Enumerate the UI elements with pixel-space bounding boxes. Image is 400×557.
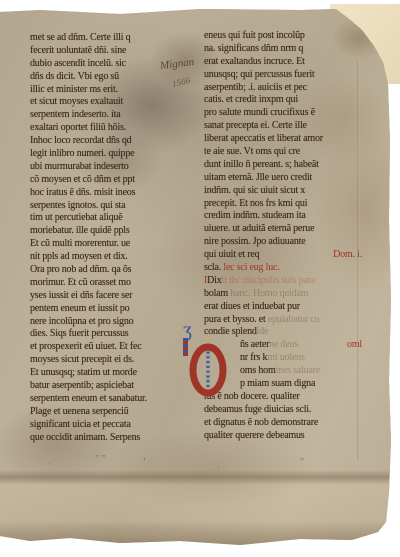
- manuscript-text-line: scla. lec sci eug luc.: [204, 262, 368, 275]
- text-segment: et prospexerit eũ uiuet. Et fec: [30, 341, 142, 354]
- text-segment: qui uiuit et req: [204, 249, 259, 262]
- manuscript-text-line: Plage et uenena serpenciũ: [30, 406, 202, 419]
- text-segment: Ora pro nob ad dñm. qa õs: [30, 264, 131, 277]
- text-segment: exaltari oportet filiũ hõis.: [30, 122, 126, 135]
- manuscript-text-line: credim indñm. studeam ita: [204, 210, 368, 223]
- pen-trial-mark: „: [300, 451, 304, 461]
- manuscript-text-line: condie splendide: [204, 326, 368, 339]
- text-segment: sanat precepta ei. Certe ille: [204, 120, 307, 133]
- text-segment: yses iussit ei dñs facere ser: [30, 290, 132, 303]
- text-segment: met se ad dñm. Certe illi q: [30, 32, 130, 45]
- manuscript-text-line: dñs ds dicit. Vbi ego sũ: [30, 71, 202, 84]
- manuscript-text-line: Inhoc loco recordat dñs qd: [30, 135, 202, 148]
- text-segment: et dignatus ẽ nob demonstrare: [204, 417, 318, 430]
- text-segment: unusqsq; qui percussus fuerit: [204, 69, 315, 82]
- manuscript-text-line: erat diues et induebat pur: [204, 301, 368, 314]
- text-segment: catis. et credit inxpm qui: [204, 94, 298, 107]
- manuscript-text-line: que occidit animam. Serpens: [30, 432, 202, 445]
- manuscript-text-line: catis. et credit inxpm qui: [204, 94, 368, 107]
- text-segment: aserpentib; .i. auiciis et pec: [204, 82, 307, 95]
- text-segment: indñm. qui sic uiuit sicut x: [204, 185, 305, 198]
- photograph-of-manuscript-leaf: Mignan 1566 met se ad dñm. Certe illi qf…: [0, 0, 400, 557]
- manuscript-text-line: dies. Siqs fuerit percussus: [30, 328, 202, 341]
- text-segment: tim ut percutiebat aliquẽ: [30, 212, 122, 225]
- text-segment: mi uolens: [267, 352, 304, 365]
- manuscript-text-line: bolam hanc. Homo quidam: [204, 288, 368, 301]
- manuscript-text-line: serpentes ignotos. qui sta: [30, 200, 202, 213]
- text-segment: illic et minister ms erit.: [30, 84, 118, 97]
- text-segment: moyses sicut precepit ei ds.: [30, 354, 134, 367]
- manuscript-text-line: liberat apeccatis et liberat amor: [204, 133, 368, 146]
- manuscript-text-line: debeamus fuge diuicias scli.: [204, 404, 368, 417]
- manuscript-text-line: Ora pro nob ad dñm. qa õs: [30, 264, 202, 277]
- text-segment: ide: [257, 326, 269, 339]
- text-segment: dñs ds dicit. Vbi ego sũ: [30, 71, 119, 84]
- manuscript-text-line: sanat precepta ei. Certe ille: [204, 120, 368, 133]
- manuscript-text-line: moriebatur. ille quidẽ ppls: [30, 225, 202, 238]
- manuscript-text-line: significant uicia et peccata: [30, 419, 202, 432]
- parchment-leaf: Mignan 1566 met se ad dñm. Certe illi qf…: [0, 0, 400, 557]
- text-segment: cõ moysen et cõ dñm et ppt: [30, 174, 135, 187]
- manuscript-text-line: oms homines saluare: [204, 365, 368, 378]
- manuscript-text-line: nere incolũpna et pro signo: [30, 316, 202, 329]
- decorated-initial-D: [188, 342, 228, 398]
- manuscript-text-line: pro salute mundi crucifixus ẽ: [204, 107, 368, 120]
- text-segment: fecerit uoluntatẽ dñi. sine: [30, 45, 126, 58]
- manuscript-text-line: dubio ascendit incelũ. sic: [30, 58, 202, 71]
- manuscript-text-line: IDixit ihc discipulis suis para: [204, 275, 368, 288]
- text-segment: serpentes ignotos. qui sta: [30, 200, 125, 213]
- manuscript-text-line: nire possim. Jpo adiuuante: [204, 236, 368, 249]
- text-segment: Inhoc loco recordat dñs qd: [30, 135, 131, 148]
- text-segment: moriebatur. ille quidẽ ppls: [30, 225, 130, 238]
- text-segment: p miam suam digna: [240, 378, 315, 391]
- manuscript-text-line: exaltari oportet filiũ hõis.: [30, 122, 202, 135]
- rubric-segment: oml: [347, 339, 362, 352]
- text-segment: ne deus: [269, 339, 298, 352]
- manuscript-text-line: Et unusqsq; statim ut morde: [30, 367, 202, 380]
- manuscript-text-line: dunt inillo ñ pereant. s; habeãt: [204, 159, 368, 172]
- text-segment: ñs aeter: [240, 339, 269, 352]
- pen-trial-mark: ‚: [143, 451, 146, 461]
- manuscript-text-line: qualiter querere debeamus: [204, 430, 368, 443]
- text-segment: qualiter querere debeamus: [204, 430, 305, 443]
- text-segment: Et cũ multi morerentur. ue: [30, 238, 130, 251]
- manuscript-text-line: morimur. Et cũ orasset mo: [30, 277, 202, 290]
- manuscript-text-line: erat exaltandus incruce. Et: [204, 56, 368, 69]
- text-segment: pura et bysso. et: [204, 314, 268, 327]
- text-segment: erat diues et induebat pur: [204, 301, 300, 314]
- text-segment: Dix: [207, 275, 221, 288]
- text-segment: hoc iratus ẽ dñs. misit ineos: [30, 187, 135, 200]
- text-segment: morimur. Et cũ orasset mo: [30, 277, 131, 290]
- manuscript-text-line: uiuere. ut aduitã eternã perue: [204, 223, 368, 236]
- manuscript-text-line: pura et bysso. et epulabatur co: [204, 314, 368, 327]
- manuscript-text-line: cõ moysen et cõ dñm et ppt: [30, 174, 202, 187]
- pen-trial-mark: „ „: [95, 448, 105, 458]
- text-segment: nere incolũpna et pro signo: [30, 316, 133, 329]
- text-segment: credim indñm. studeam ita: [204, 210, 306, 223]
- rubric-segment: it ihc discipulis suis para: [222, 275, 315, 288]
- manuscript-text-line: serpentem indeserto. ita: [30, 109, 202, 122]
- manuscript-text-line: hoc iratus ẽ dñs. misit ineos: [30, 187, 202, 200]
- text-segment: oms hom: [240, 365, 276, 378]
- text-segment: significant uicia et peccata: [30, 419, 131, 432]
- text-segment: dies. Siqs fuerit percussus: [30, 328, 128, 341]
- manuscript-text-line: qui uiuit et reqDom. i.: [204, 249, 368, 262]
- manuscript-text-line: batur aserpentib; aspiciebat: [30, 380, 202, 393]
- text-segment: pentem eneum et iussit po: [30, 303, 129, 316]
- text-segment: uitam eternã. Jlle uero credit: [204, 172, 312, 185]
- manuscript-text-line: et sicut moyses exaltauit: [30, 96, 202, 109]
- text-segment: pro salute mundi crucifixus ẽ: [204, 107, 315, 120]
- text-segment: legit inlibro numeri. quippe: [30, 148, 134, 161]
- manuscript-text-line: na. significans dñm nrm q: [204, 43, 368, 56]
- text-column-right: eneus qui fuit post incolũpna. significa…: [204, 30, 368, 443]
- text-segment: epulabatur co: [268, 314, 320, 327]
- text-segment: serpentem indeserto. ita: [30, 109, 120, 122]
- manuscript-text-line: unusqsq; qui percussus fuerit: [204, 69, 368, 82]
- manuscript-text-line: nit ppls ad moysen et dix.: [30, 251, 202, 264]
- manuscript-text-line: illic et minister ms erit.: [30, 84, 202, 97]
- text-segment: dunt inillo ñ pereant. s; habeãt: [204, 159, 319, 172]
- manuscript-text-line: ubi murmurabat indeserto: [30, 161, 202, 174]
- text-segment: que occidit animam. Serpens: [30, 432, 140, 445]
- manuscript-text-line: indñm. qui sic uiuit sicut x: [204, 185, 368, 198]
- text-segment: nr frs k: [240, 352, 267, 365]
- manuscript-text-line: tim ut percutiebat aliquẽ: [30, 212, 202, 225]
- rubric-segment: Dom. i.: [333, 249, 362, 262]
- text-segment: nit ppls ad moysen et dix.: [30, 251, 128, 264]
- text-segment: na. significans dñm nrm q: [204, 43, 303, 56]
- text-segment: serpentem eneum et sanabatur.: [30, 393, 147, 406]
- manuscript-text-line: nr frs kmi uolens: [204, 352, 368, 365]
- manuscript-text-line: et dignatus ẽ nob demonstrare: [204, 417, 368, 430]
- text-segment: erat exaltandus incruce. Et: [204, 56, 305, 69]
- text-segment: condie splend: [204, 326, 257, 339]
- text-segment: liberat apeccatis et liberat amor: [204, 133, 323, 146]
- manuscript-text-line: fecerit uoluntatẽ dñi. sine: [30, 45, 202, 58]
- manuscript-text-line: aserpentib; .i. auiciis et pec: [204, 82, 368, 95]
- text-segment: precepit. Et nos frs kmi qui: [204, 198, 307, 211]
- text-segment: scla.: [204, 262, 223, 275]
- manuscript-text-line: p miam suam digna: [204, 378, 368, 391]
- manuscript-text-line: serpentem eneum et sanabatur.: [30, 393, 202, 406]
- blue-paraph-mark: ʒ: [183, 320, 192, 340]
- pen-trial-mark: ·: [48, 459, 51, 469]
- manuscript-text-line: met se ad dñm. Certe illi q: [30, 32, 202, 45]
- text-segment: Et unusqsq; statim ut morde: [30, 367, 137, 380]
- manuscript-text-line: tus ẽ nob docere. qualiter: [204, 391, 368, 404]
- manuscript-text-line: ñs aeterne deusoml: [204, 339, 368, 352]
- text-segment: ubi murmurabat indeserto: [30, 161, 129, 174]
- manuscript-text-line: yses iussit ei dñs facere ser: [30, 290, 202, 303]
- text-segment: ines saluare: [276, 365, 321, 378]
- text-segment: uiuere. ut aduitã eternã perue: [204, 223, 314, 236]
- text-segment: nire possim. Jpo adiuuante: [204, 236, 305, 249]
- text-segment: te aie sue. Vt oms qui cre: [204, 146, 300, 159]
- pen-trial-mark: ·: [217, 462, 220, 472]
- text-segment: et sicut moyses exaltauit: [30, 96, 123, 109]
- manuscript-text-line: Et cũ multi morerentur. ue: [30, 238, 202, 251]
- manuscript-text-line: legit inlibro numeri. quippe: [30, 148, 202, 161]
- manuscript-text-line: pentem eneum et iussit po: [30, 303, 202, 316]
- manuscript-text-line: et prospexerit eũ uiuet. Et fec: [30, 341, 202, 354]
- text-segment: dubio ascendit incelũ. sic: [30, 58, 126, 71]
- text-segment: bolam: [204, 288, 228, 301]
- text-segment: eneus qui fuit post incolũp: [204, 30, 305, 43]
- rubric-segment: lec sci eug luc.: [223, 262, 279, 275]
- manuscript-text-line: precepit. Et nos frs kmi qui: [204, 198, 368, 211]
- manuscript-text-line: uitam eternã. Jlle uero credit: [204, 172, 368, 185]
- manuscript-text-line: te aie sue. Vt oms qui cre: [204, 146, 368, 159]
- text-column-left: met se ad dñm. Certe illi qfecerit uolun…: [30, 32, 202, 445]
- text-segment: hanc. Homo quidam: [228, 288, 308, 301]
- manuscript-text-line: eneus qui fuit post incolũp: [204, 30, 368, 43]
- text-segment: Plage et uenena serpenciũ: [30, 406, 129, 419]
- text-segment: debeamus fuge diuicias scli.: [204, 404, 311, 417]
- text-segment: batur aserpentib; aspiciebat: [30, 380, 134, 393]
- initial-D-artwork: [188, 342, 228, 398]
- manuscript-text-line: moyses sicut precepit ei ds.: [30, 354, 202, 367]
